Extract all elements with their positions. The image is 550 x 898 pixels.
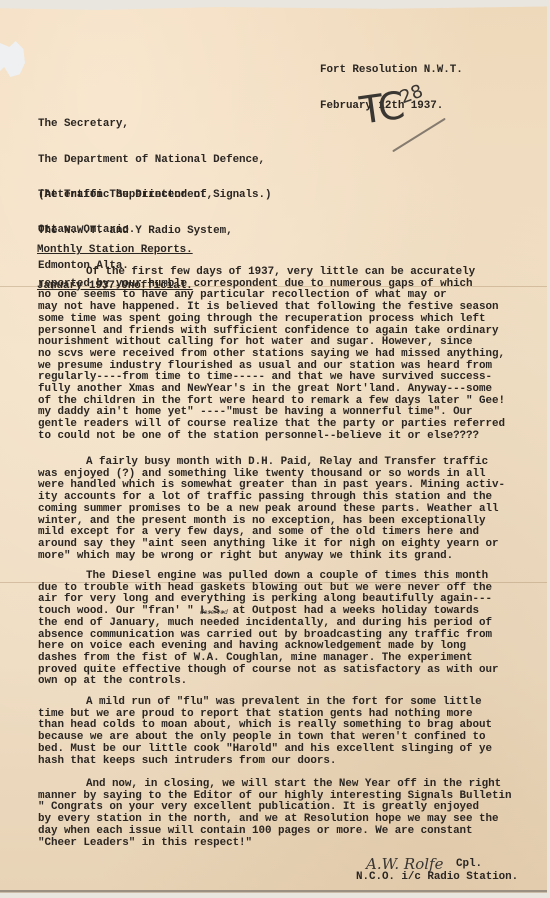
paragraph-3: The Diesel engine was pulled down a coup…: [38, 571, 498, 688]
paragraph-2: A fairly busy month with D.H. Paid, Rela…: [38, 457, 505, 562]
letter-page: Fort Resolution N.W.T. February 12th 193…: [0, 4, 547, 892]
subject-line-1: Monthly Station Reports.: [37, 245, 193, 257]
signature-rank: Cpl.: [456, 859, 482, 871]
recipient-line: The Traffic Superintendent,: [38, 190, 233, 202]
handwritten-correction: deserved: [200, 609, 228, 616]
torn-corner: [0, 39, 52, 79]
recipient-line: The Secretary,: [38, 119, 271, 131]
recipient-line: The Department of National Defence,: [38, 155, 271, 167]
paragraph-5: And now, in closing, we will start the N…: [38, 779, 511, 849]
torn-edge: [0, 4, 550, 10]
letter-place: Fort Resolution N.W.T.: [320, 65, 463, 77]
paragraph-1: Of the first few days of 1937, very litt…: [38, 267, 505, 443]
paragraph-4: A mild run of "flu" was prevalent in the…: [38, 697, 492, 767]
signature-title: N.C.O. i/c Radio Station.: [356, 872, 518, 884]
